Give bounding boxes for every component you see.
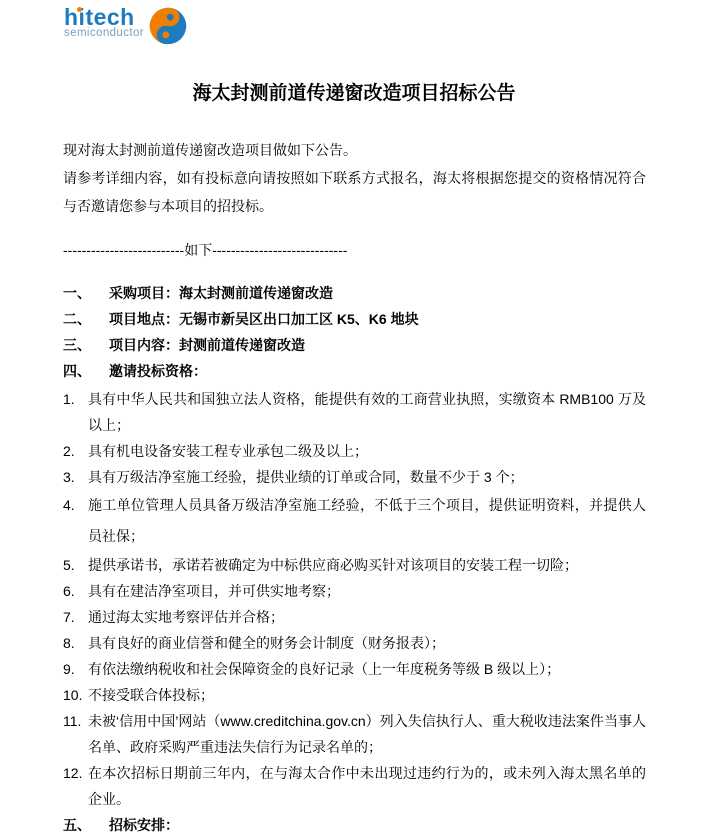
- intro-paragraph-1: 现对海太封测前道传递窗改造项目做如下公告。: [63, 136, 646, 164]
- dashed-separator: --------------------------如下------------…: [63, 236, 646, 264]
- section-number: 二、: [63, 306, 109, 332]
- section-project-location: 二、 项目地点：无锡市新吴区出口加工区 K5、K6 地块: [63, 306, 646, 332]
- section-number: 一、: [63, 280, 109, 306]
- qualification-item-10: 10. 不接受联合体投标；: [63, 682, 646, 708]
- item-number: 9.: [63, 656, 88, 682]
- item-text: 施工单位管理人员具备万级洁净室施工经验，不低于三个项目，提供证明资料，并提供人员…: [88, 490, 646, 552]
- section-text: 采购项目：海太封测前道传递窗改造: [109, 280, 646, 306]
- section-procurement-project: 一、 采购项目：海太封测前道传递窗改造: [63, 280, 646, 306]
- qualification-item-3: 3. 具有万级洁净室施工经验，提供业绩的订单或合同，数量不少于 3 个；: [63, 464, 646, 490]
- section-text: 项目内容：封测前道传递窗改造: [109, 332, 646, 358]
- qualification-list: 1. 具有中华人民共和国独立法人资格，能提供有效的工商营业执照，实缴资本 RMB…: [63, 386, 646, 812]
- item-number: 5.: [63, 552, 88, 578]
- section-number: 三、: [63, 332, 109, 358]
- item-number: 7.: [63, 604, 88, 630]
- document-body: 现对海太封测前道传递窗改造项目做如下公告。 请参考详细内容，如有投标意向请按照如…: [0, 136, 708, 832]
- item-number: 1.: [63, 386, 88, 438]
- item-text: 有依法缴纳税收和社会保障资金的良好记录（上一年度税务等级 B 级以上）；: [88, 656, 646, 682]
- qualification-item-8: 8. 具有良好的商业信誉和健全的财务会计制度（财务报表）；: [63, 630, 646, 656]
- yin-yang-logo-icon: [149, 7, 187, 45]
- item-text: 通过海太实地考察评估并合格；: [88, 604, 646, 630]
- qualification-item-7: 7. 通过海太实地考察评估并合格；: [63, 604, 646, 630]
- qualification-item-9: 9. 有依法缴纳税收和社会保障资金的良好记录（上一年度税务等级 B 级以上）；: [63, 656, 646, 682]
- item-text: 具有在建洁净室项目，并可供实地考察；: [88, 578, 646, 604]
- item-number: 8.: [63, 630, 88, 656]
- qualification-item-4: 4. 施工单位管理人员具备万级洁净室施工经验，不低于三个项目，提供证明资料，并提…: [63, 490, 646, 552]
- qualification-item-11: 11. 未被‘信用中国’网站（www.creditchina.gov.cn）列入…: [63, 708, 646, 760]
- section-number: 四、: [63, 358, 109, 384]
- company-logo: hitech semiconductor: [64, 6, 708, 48]
- section-text: 招标安排：: [109, 812, 646, 832]
- item-number: 3.: [63, 464, 88, 490]
- document-page: hitech semiconductor 海太封测前道传递窗改造项目招标公告 现…: [0, 6, 708, 832]
- item-number: 4.: [63, 490, 88, 552]
- item-number: 6.: [63, 578, 88, 604]
- brand-name: hitech: [64, 6, 144, 28]
- item-number: 2.: [63, 438, 88, 464]
- qualification-item-2: 2. 具有机电设备安装工程专业承包二级及以上；: [63, 438, 646, 464]
- item-text: 具有中华人民共和国独立法人资格，能提供有效的工商营业执照，实缴资本 RMB100…: [88, 386, 646, 438]
- section-project-content: 三、 项目内容：封测前道传递窗改造: [63, 332, 646, 358]
- item-text: 提供承诺书，承诺若被确定为中标供应商必购买针对该项目的安装工程一切险；: [88, 552, 646, 578]
- section-text: 邀请投标资格：: [109, 358, 646, 384]
- section-bidder-qualifications: 四、 邀请投标资格：: [63, 358, 646, 384]
- qualification-item-12: 12. 在本次招标日期前三年内，在与海太合作中未出现过违约行为的，或未列入海太黑…: [63, 760, 646, 812]
- intro-paragraph-2: 请参考详细内容，如有投标意向请按照如下联系方式报名，海太将根据您提交的资格情况符…: [63, 164, 646, 220]
- item-number: 10.: [63, 682, 88, 708]
- qualification-item-1: 1. 具有中华人民共和国独立法人资格，能提供有效的工商营业执照，实缴资本 RMB…: [63, 386, 646, 438]
- qualification-item-6: 6. 具有在建洁净室项目，并可供实地考察；: [63, 578, 646, 604]
- section-number: 五、: [63, 812, 109, 832]
- section-tender-schedule: 五、 招标安排：: [63, 812, 646, 832]
- qualification-item-5: 5. 提供承诺书，承诺若被确定为中标供应商必购买针对该项目的安装工程一切险；: [63, 552, 646, 578]
- numbered-sections: 一、 采购项目：海太封测前道传递窗改造 二、 项目地点：无锡市新吴区出口加工区 …: [63, 280, 646, 384]
- item-text: 在本次招标日期前三年内，在与海太合作中未出现过违约行为的，或未列入海太黑名单的企…: [88, 760, 646, 812]
- section-text: 项目地点：无锡市新吴区出口加工区 K5、K6 地块: [109, 306, 646, 332]
- item-number: 11.: [63, 708, 88, 760]
- brand-i-dot: [77, 7, 82, 12]
- brand-name-text: hitech: [64, 4, 135, 30]
- item-text: 未被‘信用中国’网站（www.creditchina.gov.cn）列入失信执行…: [88, 708, 646, 760]
- item-text: 具有良好的商业信誉和健全的财务会计制度（财务报表）；: [88, 630, 646, 656]
- item-number: 12.: [63, 760, 88, 812]
- item-text: 具有机电设备安装工程专业承包二级及以上；: [88, 438, 646, 464]
- logo-text-block: hitech semiconductor: [64, 6, 144, 40]
- intro-paragraphs: 现对海太封测前道传递窗改造项目做如下公告。 请参考详细内容，如有投标意向请按照如…: [63, 136, 646, 220]
- item-text: 具有万级洁净室施工经验，提供业绩的订单或合同，数量不少于 3 个；: [88, 464, 646, 490]
- item-text: 不接受联合体投标；: [88, 682, 646, 708]
- page-title: 海太封测前道传递窗改造项目招标公告: [0, 82, 708, 106]
